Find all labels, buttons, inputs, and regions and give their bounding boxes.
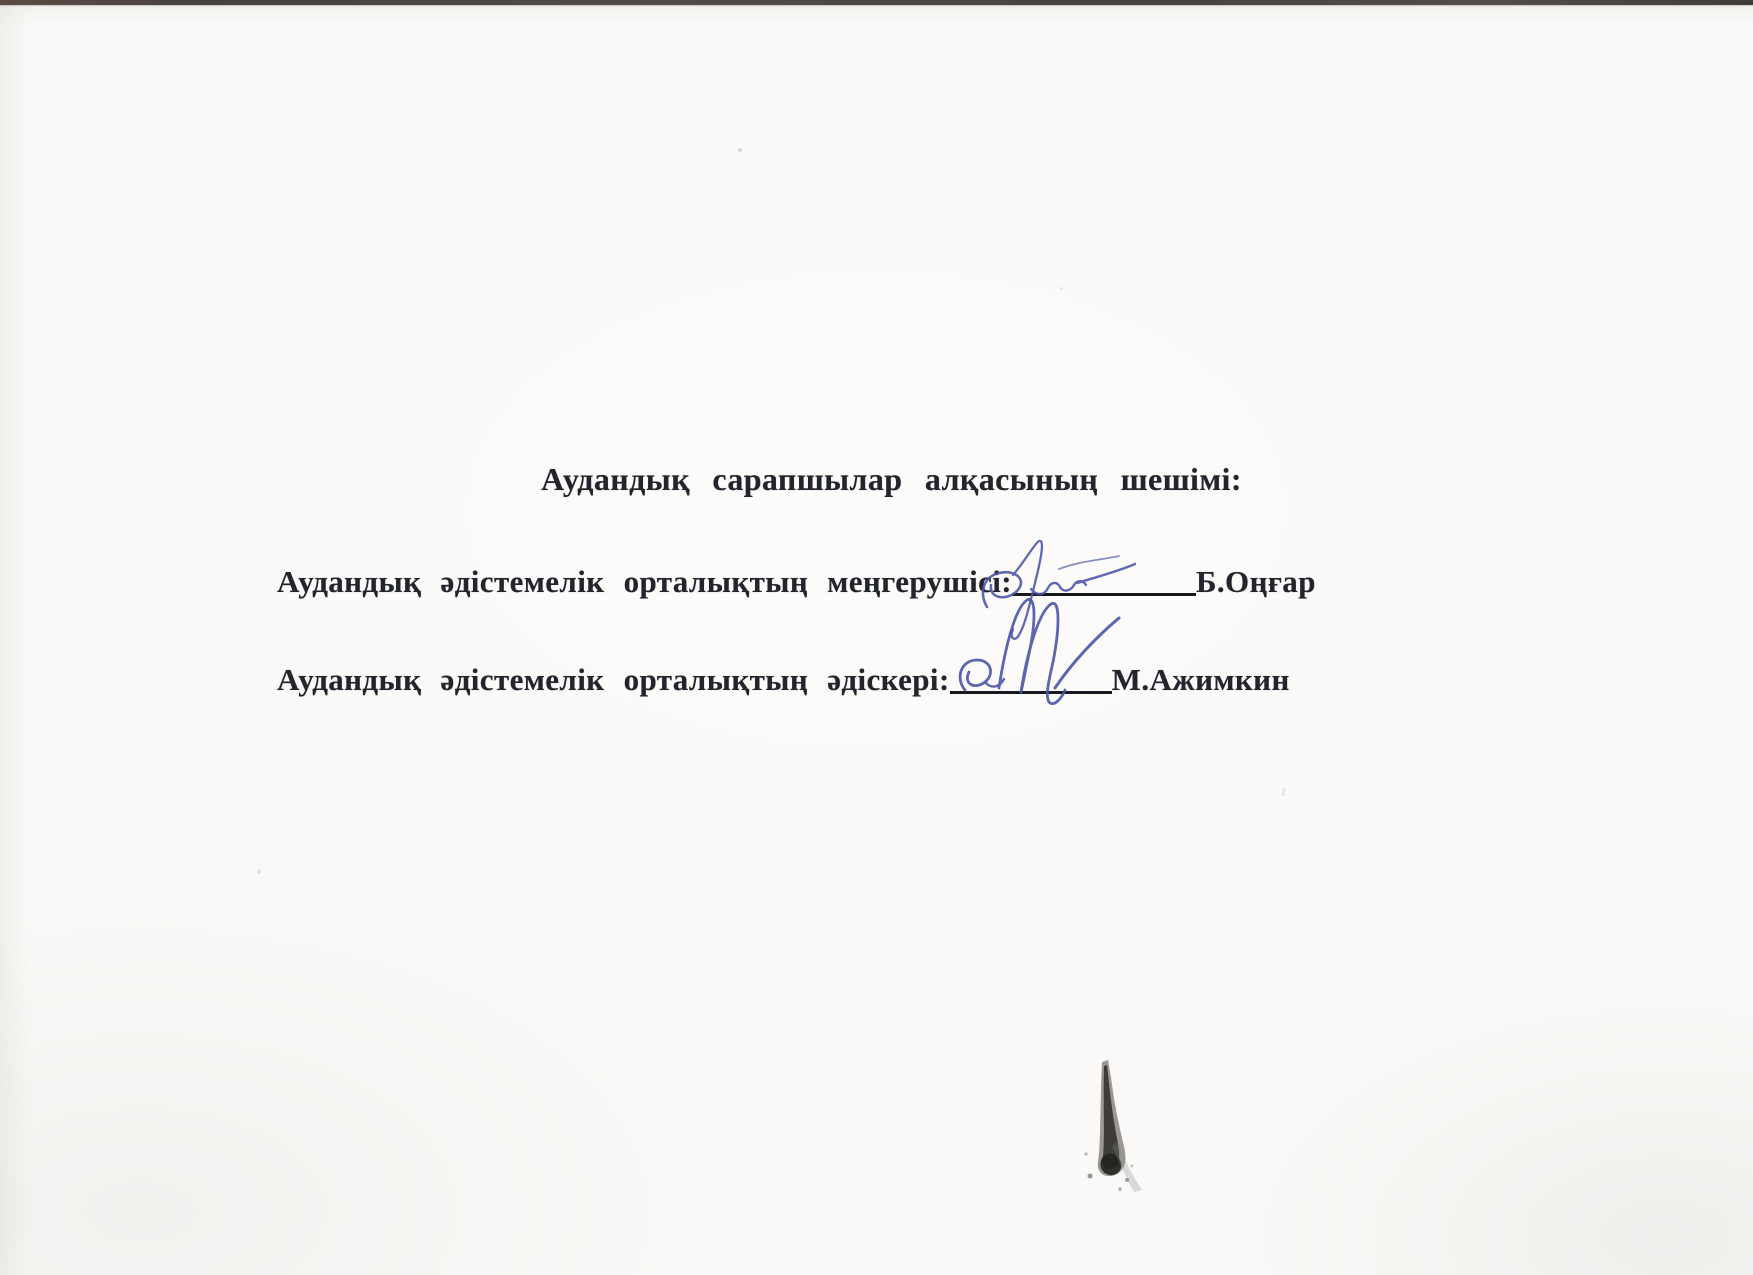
scanner-edge-strip <box>0 0 1753 5</box>
signature-line-manager: Аудандық әдістемелік орталықтың меңгеруш… <box>277 561 1316 600</box>
scan-artifact-speck <box>257 869 261 874</box>
ink-blot-smudge <box>1072 1058 1152 1198</box>
scanned-document-page: Аудандық сарапшылар алқасының шешімі: Ау… <box>0 0 1753 1275</box>
signature-blank-line <box>1012 565 1196 596</box>
scan-artifact-speck <box>1281 788 1286 797</box>
signatory-name: М.Ажимкин <box>1112 662 1290 697</box>
scan-artifact-speck <box>1060 287 1063 290</box>
signature-line-label: Аудандық әдістемелік орталықтың әдіскері… <box>277 662 950 697</box>
signature-line-methodist: Аудандық әдістемелік орталықтың әдіскері… <box>277 659 1290 698</box>
signature-blank-line <box>950 663 1112 694</box>
signatory-name: Б.Оңғар <box>1196 564 1316 599</box>
handwritten-signature-ink <box>943 592 1125 720</box>
scan-artifact-speck <box>738 148 742 152</box>
document-title: Аудандық сарапшылар алқасының шешімі: <box>541 461 1242 498</box>
signature-line-label: Аудандық әдістемелік орталықтың меңгеруш… <box>277 564 1012 599</box>
